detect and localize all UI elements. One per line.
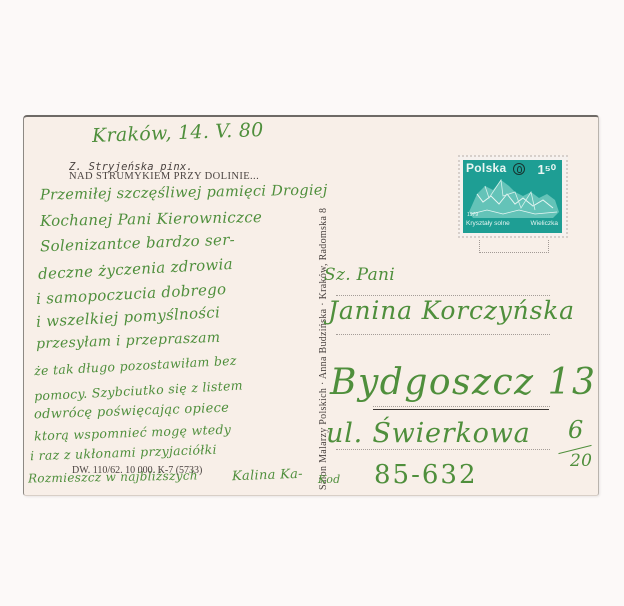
signature: Kalina Ka- — [232, 467, 303, 484]
stamp-location: Wieliczka — [531, 220, 558, 227]
address-salutation: Sz. Pani — [324, 265, 395, 285]
address-line — [336, 449, 550, 450]
salt-mine-logo-icon — [513, 163, 525, 175]
stamp-country: Polska — [466, 161, 507, 175]
address-city: Bydgoszcz 13 — [330, 362, 596, 403]
artwork-title: NAD STRUMYKIEM PRZY DOLINIE... — [69, 171, 259, 182]
postmark-box — [479, 240, 549, 253]
stamp-caption: Kryształy solne — [466, 220, 510, 227]
address-line — [373, 406, 550, 407]
message-line: Kochanej Pani Kierowniczce — [40, 208, 262, 230]
apartment-number: 20 — [570, 451, 592, 471]
address-underline — [373, 409, 549, 410]
postal-code: 85-632 — [374, 460, 478, 490]
print-imprint: DW. 110/62. 10 000. K-7 (5733) — [72, 465, 202, 476]
stamp-value: 1⁵⁰ — [537, 162, 556, 178]
address-name: Janina Korczyńska — [328, 296, 575, 325]
address-line — [336, 334, 550, 335]
postal-prefix: Kod — [318, 473, 341, 486]
address-street: ul. Świerkowa — [326, 418, 531, 449]
postage-stamp: Polska 1⁵⁰ 1979 Kryształy solne Wieliczk… — [463, 160, 562, 233]
stamp-year: 1979 — [467, 212, 478, 218]
street-name: ul. Świerkowa — [326, 418, 531, 449]
house-number: 6 — [568, 416, 584, 444]
